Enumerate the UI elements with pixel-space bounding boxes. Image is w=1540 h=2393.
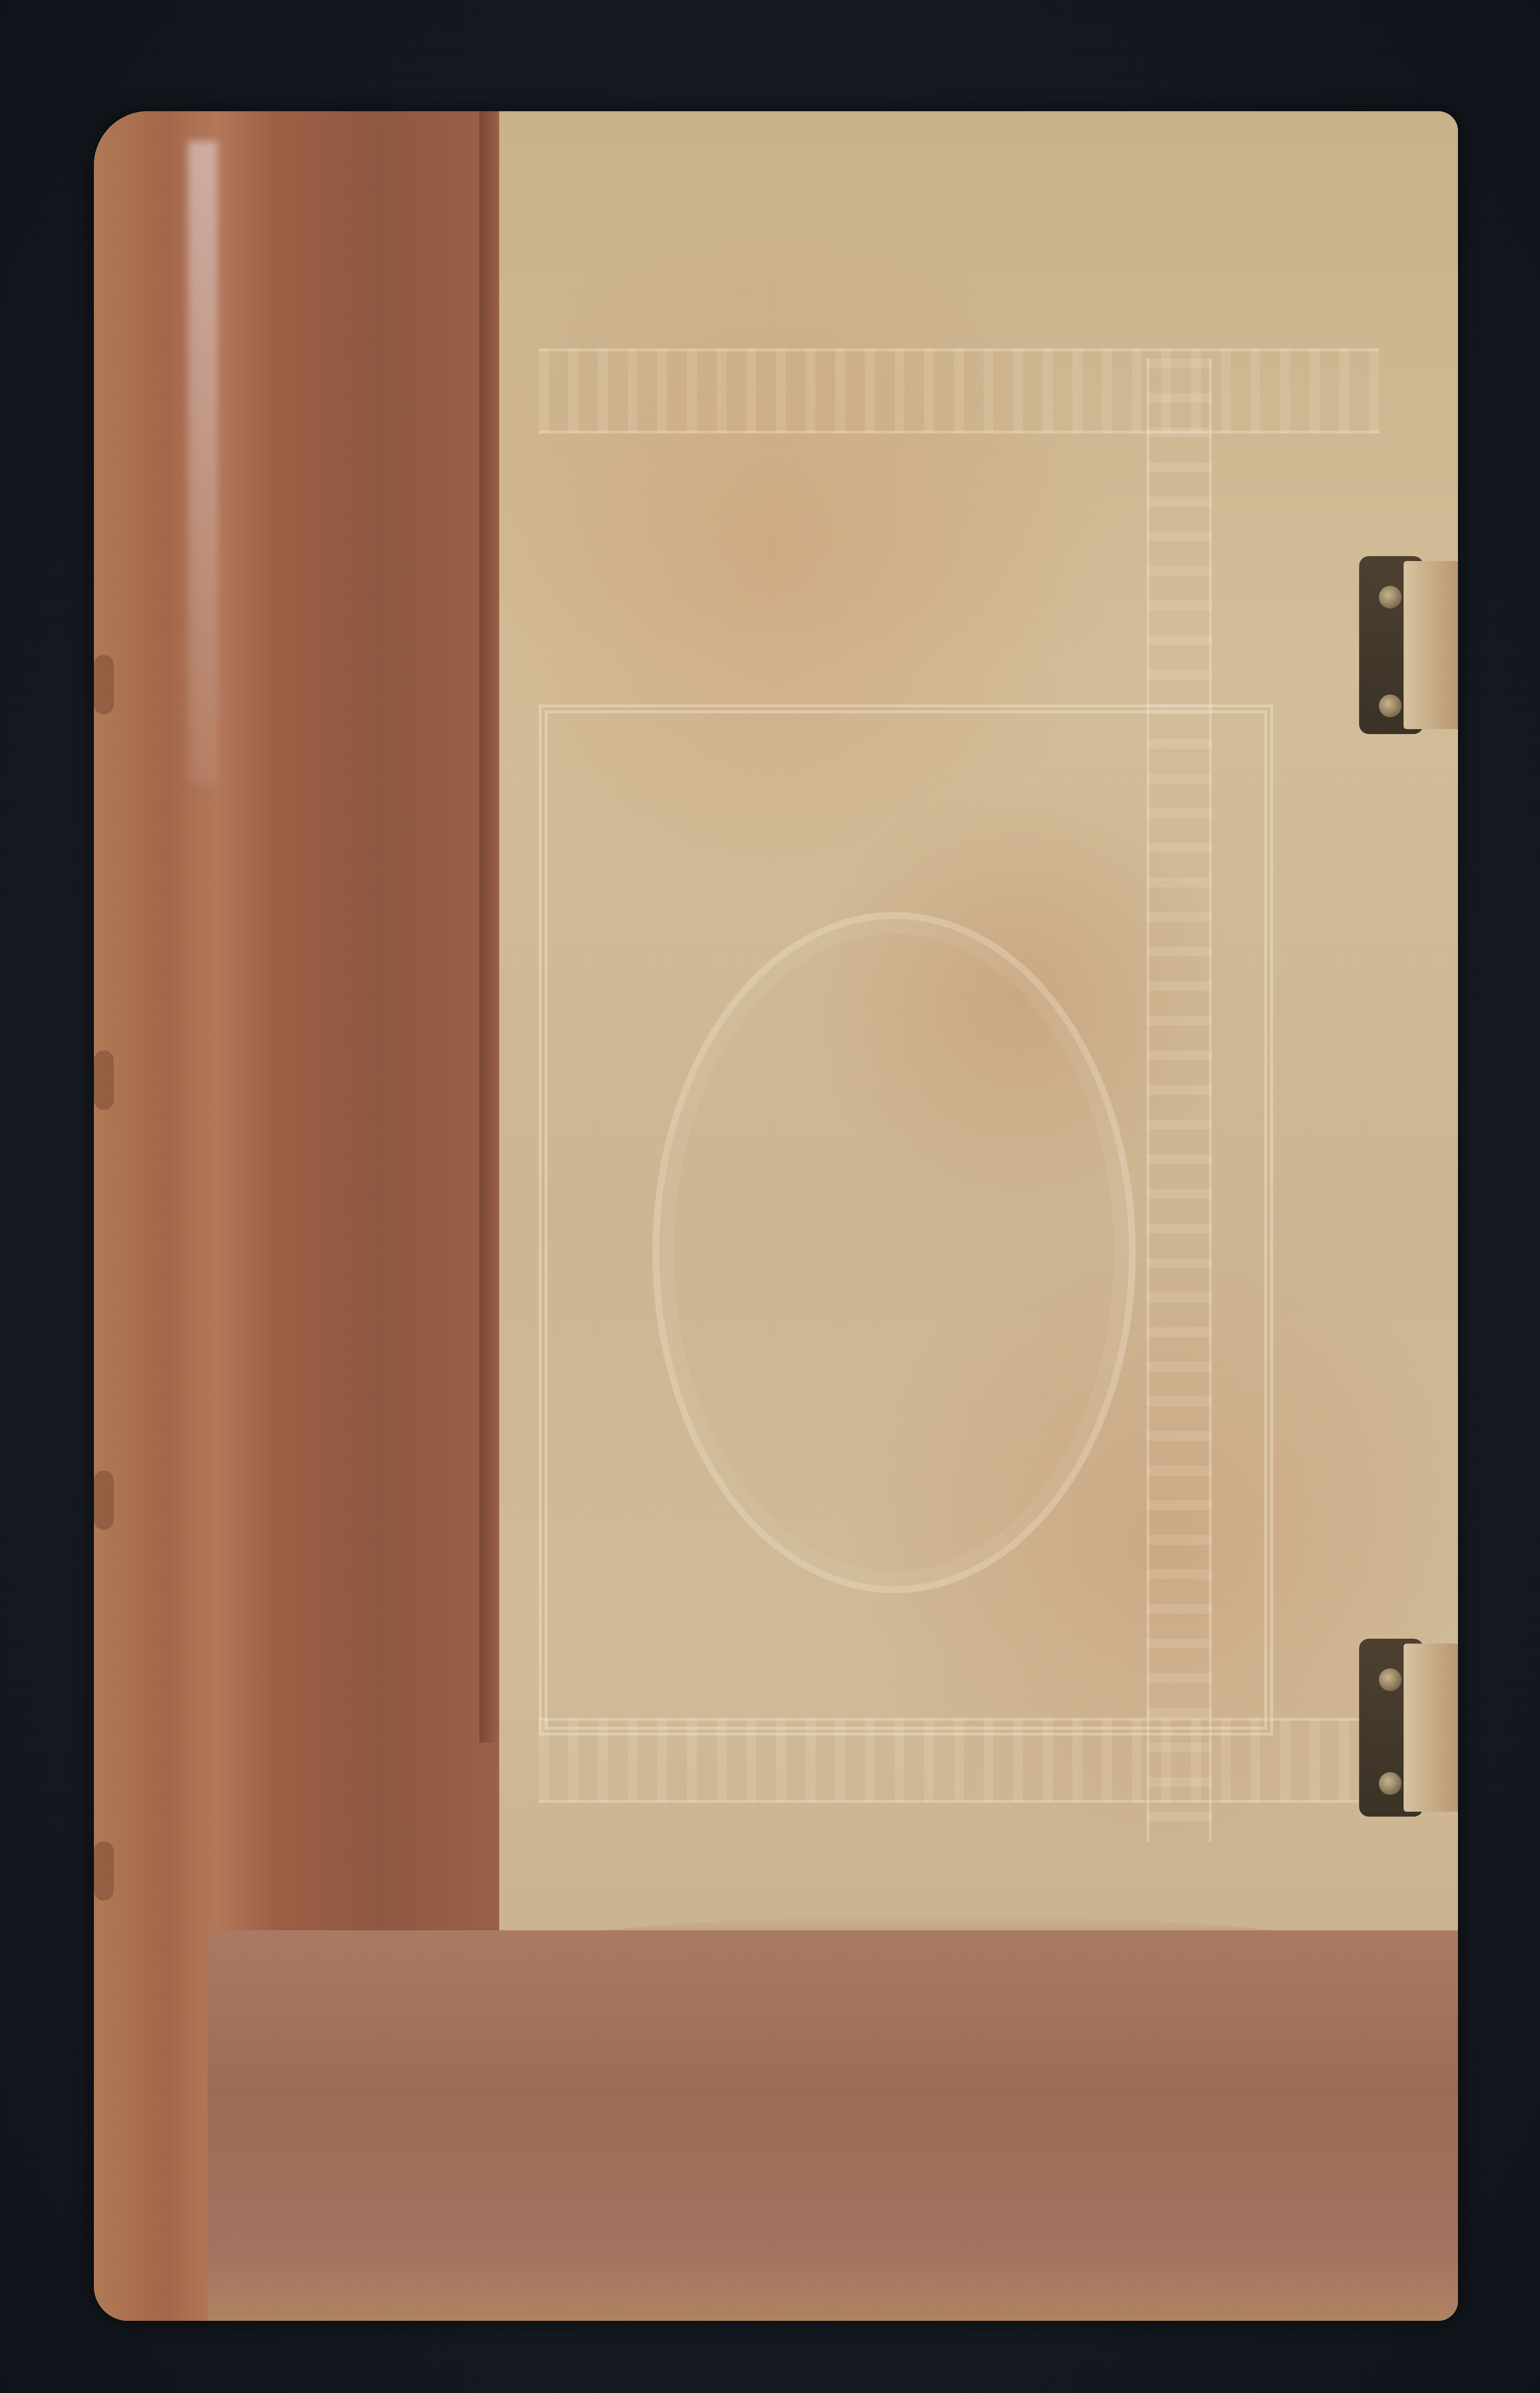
photo-scene [0,0,1540,2393]
book-cover [94,111,1458,2321]
oval-medallion [652,912,1136,1593]
roll-border-top [539,348,1379,434]
rivet-icon [1379,1668,1402,1691]
raised-band [94,1050,114,1110]
raised-band [94,1841,114,1901]
clasp-strap [1404,561,1458,729]
leather-repair-bottom [208,1930,1458,2321]
raised-band [94,655,114,714]
spine-edge-shadow [479,111,499,1742]
rivet-icon [1379,695,1402,717]
clasp-catch-upper [1359,541,1458,749]
clasp-strap [1404,1644,1458,1812]
spine-highlight [188,141,217,783]
raised-band [94,1471,114,1530]
clasp-catch-lower [1359,1624,1458,1831]
rivet-icon [1379,586,1402,609]
rivet-icon [1379,1772,1402,1795]
